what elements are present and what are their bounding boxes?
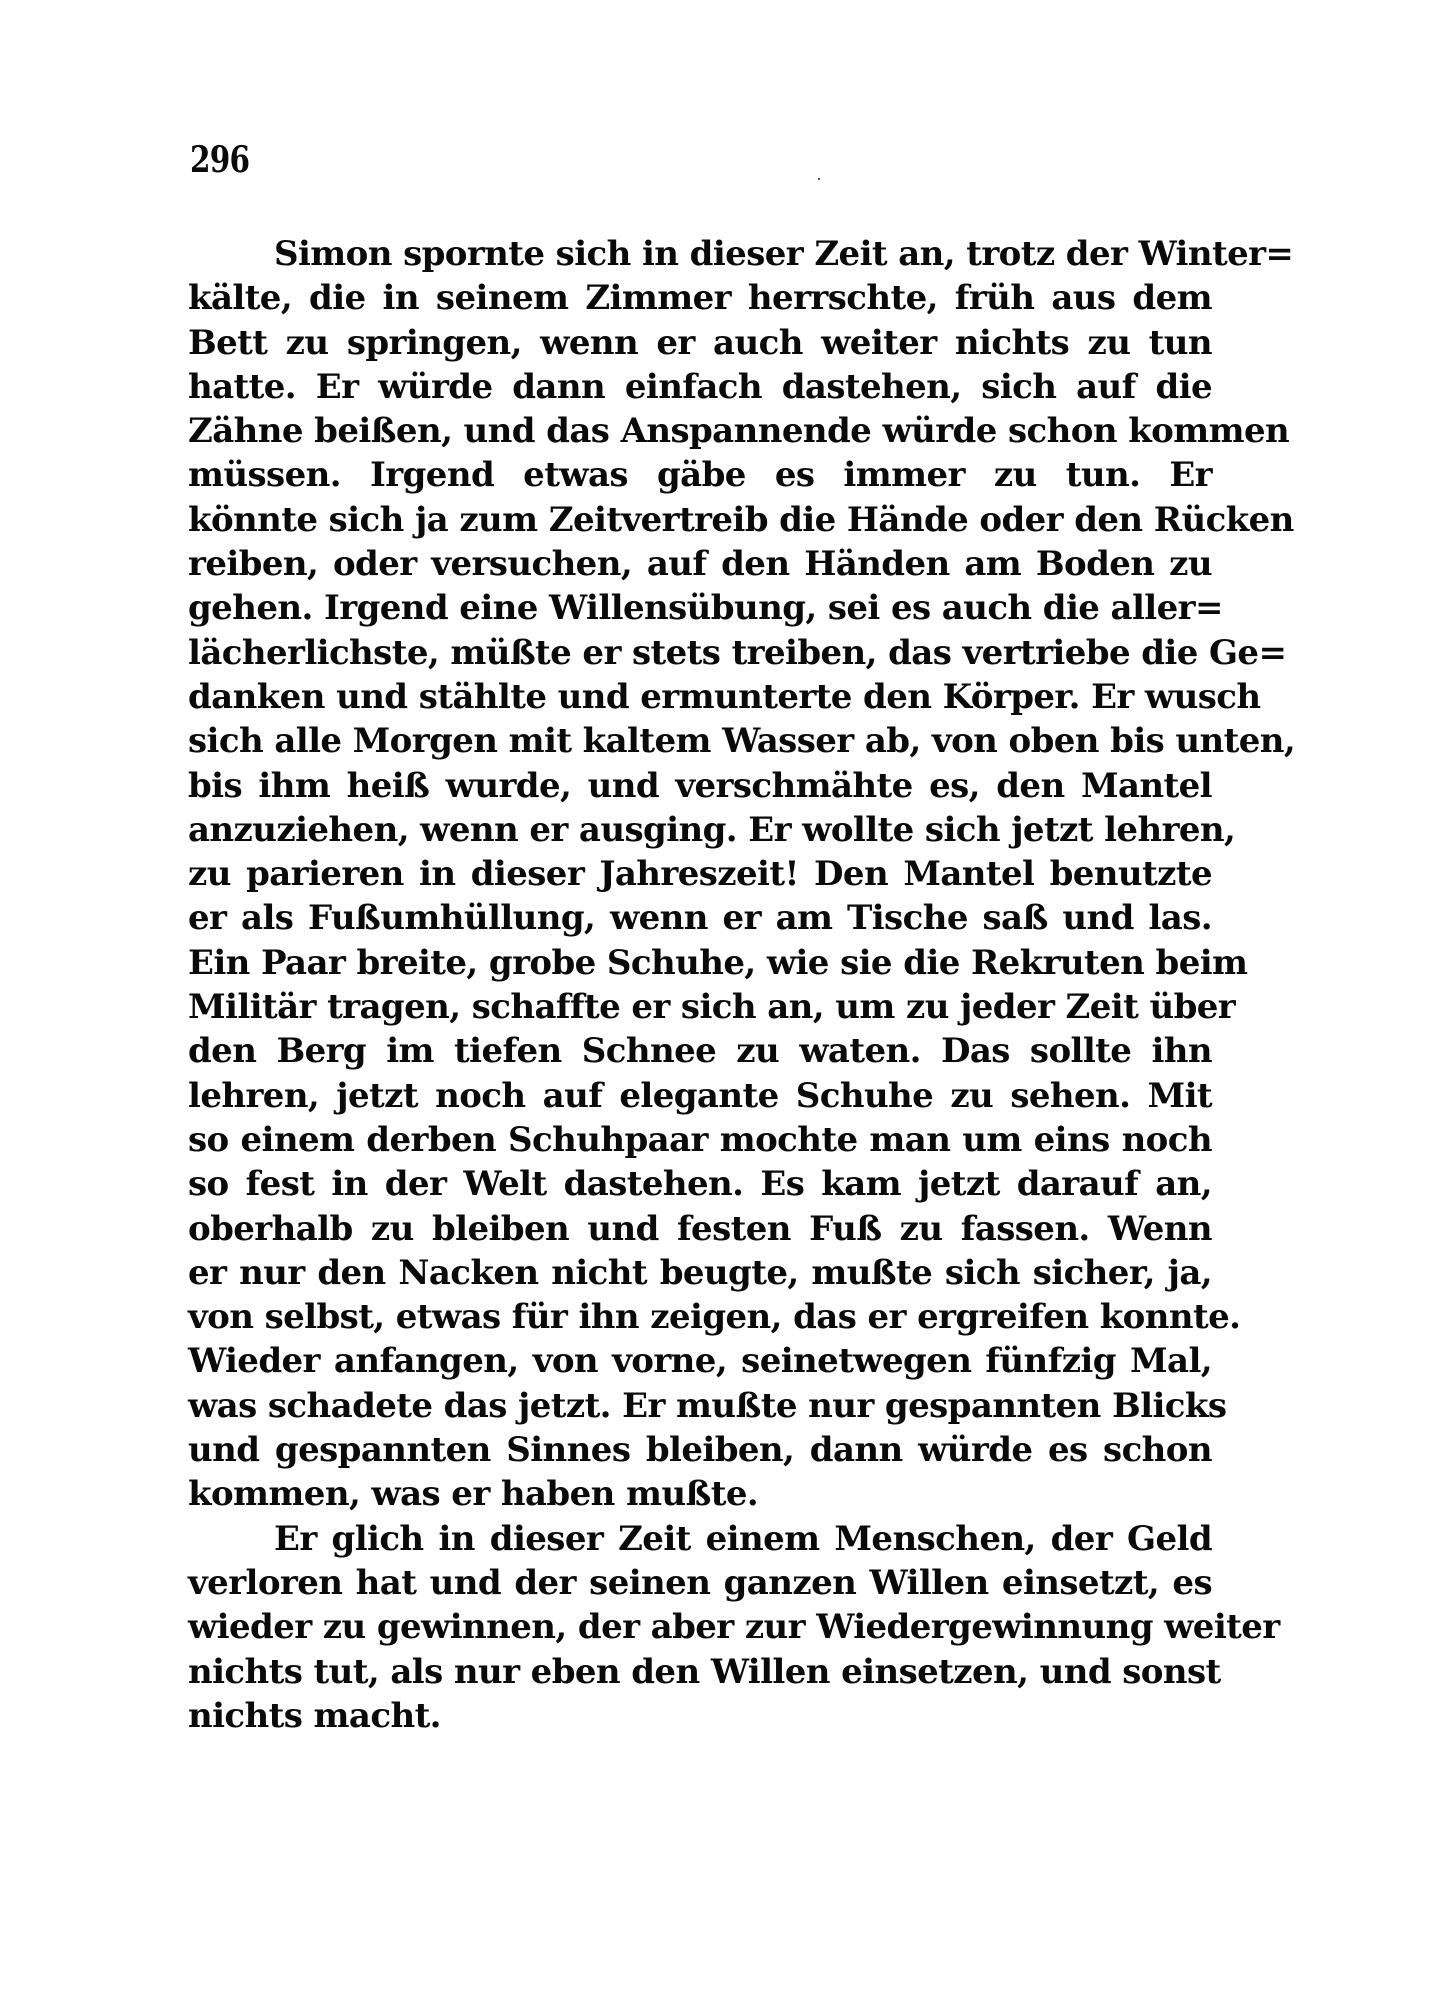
text-line: zu parieren in dieser Jahreszeit! Den Ma… [188,852,1212,896]
text-line: gehen. Irgend eine Willensübung, sei es … [188,586,1212,630]
text-line: nichts tut, als nur eben den Willen eins… [188,1650,1212,1694]
paragraph-2: Er glich in dieser Zeit einem Menschen, … [188,1517,1212,1738]
text-line: er nur den Nacken nicht beugte, mußte si… [188,1251,1212,1295]
text-line: kälte, die in seinem Zimmer herrschte, f… [188,276,1212,320]
text-line: hatte. Er würde dann einfach dastehen, s… [188,365,1212,409]
text-line: Zähne beißen, und das Anspannende würde … [188,409,1212,453]
text-line: Er glich in dieser Zeit einem Menschen, … [188,1517,1212,1561]
text-line: Simon spornte sich in dieser Zeit an, tr… [188,232,1212,276]
text-line: von selbst, etwas für ihn zeigen, das er… [188,1295,1212,1339]
text-line: nichts macht. [188,1694,1212,1738]
text-line: verloren hat und der seinen ganzen Wille… [188,1561,1212,1605]
text-line: danken und stählte und ermunterte den Kö… [188,675,1212,719]
text-line: so einem derben Schuhpaar mochte man um … [188,1118,1212,1162]
body-text: Simon spornte sich in dieser Zeit an, tr… [188,232,1212,1738]
scan-speck [818,178,820,180]
text-line: Ein Paar breite, grobe Schuhe, wie sie d… [188,941,1212,985]
text-line: reiben, oder versuchen, auf den Händen a… [188,542,1212,586]
text-line: lächerlichste, müßte er stets treiben, d… [188,631,1212,675]
text-line: müssen. Irgend etwas gäbe es immer zu tu… [188,453,1212,497]
text-line: oberhalb zu bleiben und festen Fuß zu fa… [188,1207,1212,1251]
text-line: wieder zu gewinnen, der aber zur Wiederg… [188,1605,1212,1649]
text-line: sich alle Morgen mit kaltem Wasser ab, v… [188,719,1212,763]
text-line: anzuziehen, wenn er ausging. Er wollte s… [188,808,1212,852]
text-line: kommen, was er haben mußte. [188,1472,1212,1516]
text-line: Wieder anfangen, von vorne, seinetwegen … [188,1339,1212,1383]
text-line: er als Fußumhüllung, wenn er am Tische s… [188,896,1212,940]
text-line: was schadete das jetzt. Er mußte nur ges… [188,1384,1212,1428]
text-line: und gespannten Sinnes bleiben, dann würd… [188,1428,1212,1472]
text-line: könnte sich ja zum Zeitvertreib die Händ… [188,498,1212,542]
paragraph-1: Simon spornte sich in dieser Zeit an, tr… [188,232,1212,1517]
text-line: bis ihm heiß wurde, und verschmähte es, … [188,764,1212,808]
text-line: den Berg im tiefen Schnee zu waten. Das … [188,1029,1212,1073]
page-number: 296 [190,140,249,180]
text-line: lehren, jetzt noch auf elegante Schuhe z… [188,1074,1212,1118]
text-line: Militär tragen, schaffte er sich an, um … [188,985,1212,1029]
book-page: 296 Simon spornte sich in dieser Zeit an… [0,0,1437,1992]
text-line: so fest in der Welt dastehen. Es kam jet… [188,1162,1212,1206]
text-line: Bett zu springen, wenn er auch weiter ni… [188,321,1212,365]
